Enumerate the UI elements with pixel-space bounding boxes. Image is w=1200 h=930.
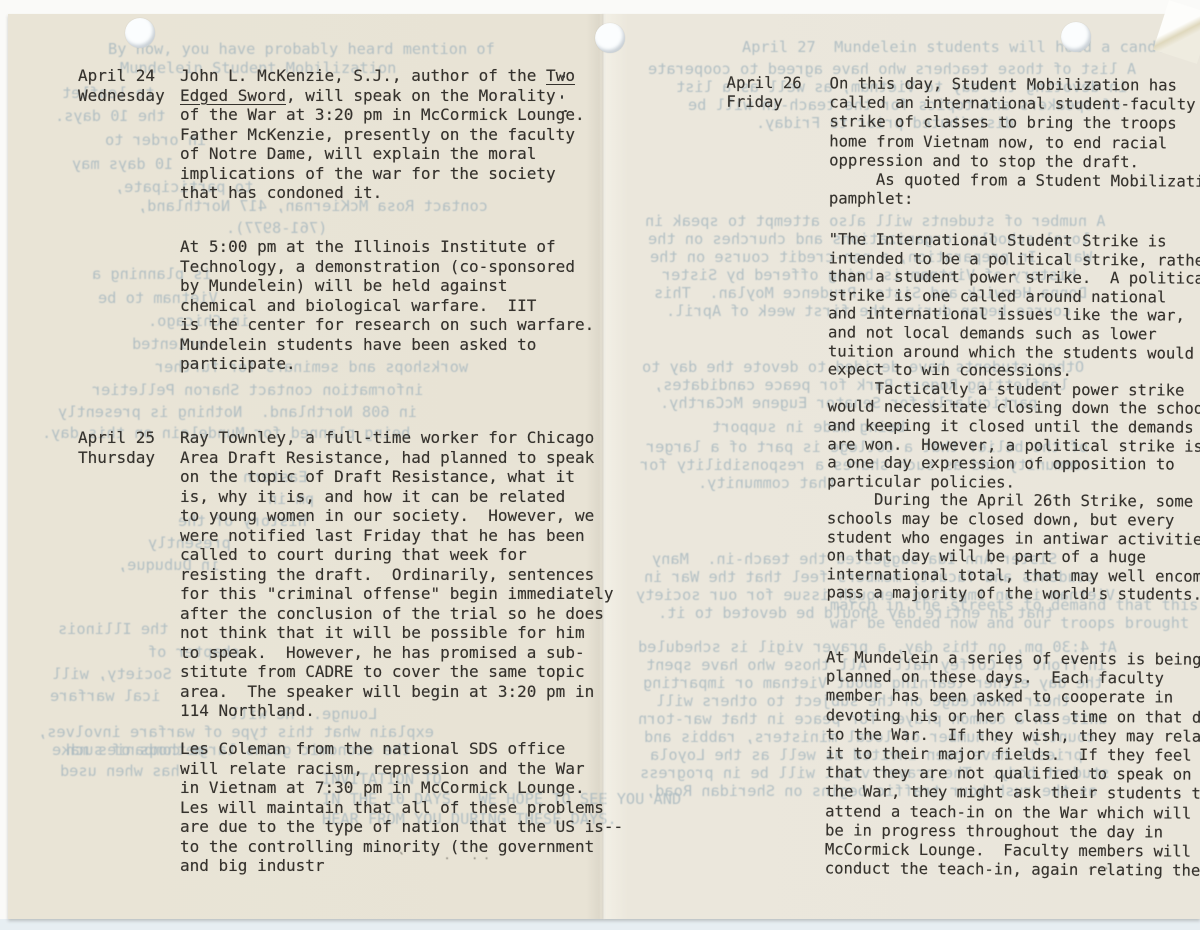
ink-smudge: ` ` ‧ ‧ ‧ xyxy=(398,852,489,867)
schedule-entry-block: At Mundelein a series of events is being… xyxy=(595,647,1196,881)
schedule-entry-block: Les Coleman from the national SDS office… xyxy=(8,739,600,876)
entry-text: "The International Student Strike is int… xyxy=(826,230,1198,604)
paper-speck xyxy=(562,75,565,78)
entry-date: April 25 Thursday xyxy=(78,428,155,467)
punch-hole xyxy=(125,18,155,48)
entry-text: At 5:00 pm at the Illinois Institute of … xyxy=(180,237,600,374)
ink-smudge: ‧ ‧‧ xyxy=(1088,862,1108,877)
entry-date: April 26 Friday xyxy=(726,74,801,113)
schedule-entry-block: April 25 ThursdayRay Townley, a full-tim… xyxy=(8,428,600,721)
document-sheet: By now, you have probably heard mention … xyxy=(8,14,1200,919)
entry-date: April 24 Wednesday xyxy=(78,66,165,105)
punch-hole xyxy=(595,23,625,53)
paper-speck xyxy=(561,95,563,99)
schedule-entry-block: April 24 WednesdayJohn L. McKenzie, S.J.… xyxy=(8,66,600,203)
entry-text: Les Coleman from the national SDS office… xyxy=(180,739,600,876)
left-page: April 24 WednesdayJohn L. McKenzie, S.J.… xyxy=(8,14,600,919)
schedule-entry-block: "The International Student Strike is int… xyxy=(596,229,1198,605)
punch-hole xyxy=(1061,22,1091,52)
schedule-entry-block: April 26 FridayOn this day, Student Mobi… xyxy=(599,73,1200,211)
right-page: April 26 FridayOn this day, Student Mobi… xyxy=(600,14,1200,919)
schedule-entry-block: At 5:00 pm at the Illinois Institute of … xyxy=(8,237,600,374)
entry-text: At Mundelein a series of events is being… xyxy=(825,648,1196,881)
entry-text: Ray Townley, a full-time worker for Chic… xyxy=(180,428,600,721)
entry-text: John L. McKenzie, S.J., author of the Tw… xyxy=(180,66,600,203)
paper-speck xyxy=(564,110,567,112)
entry-text: On this day, Student Mobilization has ca… xyxy=(829,74,1200,211)
